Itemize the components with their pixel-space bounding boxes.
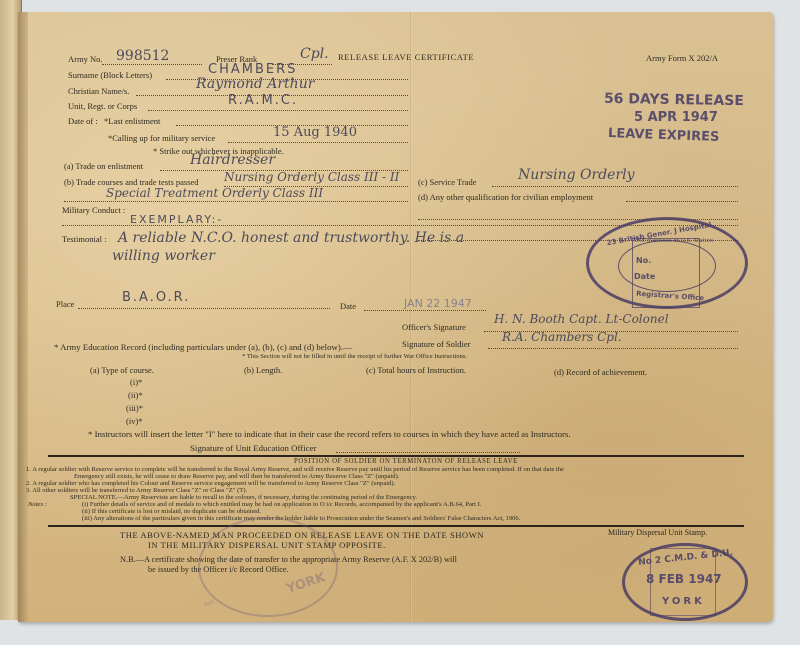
date-label: Date bbox=[340, 301, 356, 311]
mdu-stamp-bottom: YORK bbox=[662, 596, 705, 607]
date-stamp: JAN 22 1947 bbox=[404, 297, 472, 310]
service-trade-line bbox=[492, 186, 738, 187]
education-officer-signature-label: Signature of Unit Education Officer bbox=[190, 443, 316, 453]
date-line bbox=[364, 310, 486, 311]
education-row-iv: (iv)* bbox=[126, 416, 143, 426]
christian-names-label: Christian Name/s. bbox=[68, 86, 129, 96]
surname-value: CHAMBERS bbox=[208, 62, 297, 77]
surname-label: Surname (Block Letters) bbox=[68, 70, 152, 80]
military-conduct-label: Military Conduct : bbox=[62, 205, 125, 215]
testimonial-label: Testimonial : bbox=[62, 234, 107, 244]
testimonial-line-1: A reliable N.C.O. honest and trustworthy… bbox=[118, 230, 464, 246]
place-value: B.A.O.R. bbox=[122, 290, 190, 305]
note-ii: (ii) If this certificate is lost or misl… bbox=[82, 508, 261, 515]
other-qualification-line bbox=[626, 201, 738, 202]
education-col-type: (a) Type of course. bbox=[90, 365, 154, 375]
trade-courses-line-2 bbox=[64, 201, 408, 202]
note-iii: (iii) Any alterations of the particulars… bbox=[82, 515, 520, 522]
service-trade-label: (c) Service Trade bbox=[418, 177, 477, 187]
education-row-i: (i)* bbox=[130, 377, 142, 387]
position-item-1-cont: Emergency still exists, he will cease to… bbox=[74, 473, 399, 480]
position-heading: POSITION OF SOLDIER ON TERMINATON OF REL… bbox=[294, 458, 518, 465]
instructors-note: * Instructors will insert the letter "I"… bbox=[88, 429, 571, 439]
officer-signature-value: H. N. Booth Capt. Lt-Colonel bbox=[494, 312, 669, 326]
military-conduct-value: EXEMPLARY:- bbox=[130, 213, 223, 226]
section-divider-2 bbox=[48, 525, 744, 527]
place-line bbox=[78, 308, 330, 309]
unit-value: R.A.M.C. bbox=[228, 93, 298, 108]
document-title: RELEASE LEAVE CERTIFICATE bbox=[338, 52, 474, 62]
unit-line bbox=[148, 110, 408, 111]
release-stamp-line-2: 5 APR 1947 bbox=[634, 110, 718, 125]
trade-enlistment-label: (a) Trade on enlistment bbox=[64, 161, 143, 171]
registrar-date-label: Date bbox=[634, 272, 655, 281]
special-note: SPECIAL NOTE.—Army Reservists are liable… bbox=[70, 494, 417, 501]
army-no-line bbox=[102, 64, 202, 65]
calling-up-value: 15 Aug 1940 bbox=[273, 125, 357, 140]
position-item-1: 1. A regular soldier with Reserve servic… bbox=[26, 466, 564, 473]
faint-york-stamp bbox=[198, 517, 338, 617]
soldier-signature-line bbox=[488, 348, 738, 349]
education-col-length: (b) Length. bbox=[244, 365, 282, 375]
registrar-no-label: No. bbox=[636, 256, 651, 265]
release-leave-certificate: RELEASE LEAVE CERTIFICATE Army Form X 20… bbox=[18, 12, 773, 622]
calling-up-line bbox=[228, 142, 408, 143]
faint-ref-text: Ref. bbox=[203, 598, 216, 608]
unit-label: Unit, Regt. or Corps bbox=[68, 101, 137, 111]
note-i: (i) Further details of service and of me… bbox=[82, 501, 481, 508]
service-trade-value: Nursing Orderly bbox=[518, 167, 635, 183]
position-item-3: 3. All other soldiers will be transferre… bbox=[26, 487, 247, 494]
position-item-2: 2. A regular soldier who has completed h… bbox=[26, 480, 395, 487]
soldier-signature-label: Signature of Soldier bbox=[402, 339, 470, 349]
education-row-iii: (iii)* bbox=[126, 403, 143, 413]
trade-enlistment-value: Hairdresser bbox=[190, 152, 275, 168]
education-col-achievement: (d) Record of achievement. bbox=[554, 367, 647, 377]
other-qualification-label: (d) Any other qualification for civilian… bbox=[418, 192, 593, 202]
officer-signature-label: Officer's Signature bbox=[402, 322, 466, 332]
education-col-hours: (c) Total hours of Instruction. bbox=[366, 365, 466, 375]
rank-value: Cpl. bbox=[300, 46, 329, 62]
registrar-stamp-sub: Unit overseas or U.K. Station bbox=[634, 238, 713, 244]
release-stamp-line-1: 56 DAYS RELEASE bbox=[604, 91, 744, 109]
calling-up-label: *Calling up for military service bbox=[108, 133, 215, 143]
education-row-ii: (ii)* bbox=[128, 390, 143, 400]
date-of-label: Date of : bbox=[68, 116, 98, 126]
notes-label: Notes : bbox=[28, 501, 47, 508]
trade-courses-value-2: Special Treatment Orderly Class III bbox=[106, 186, 323, 200]
testimonial-line-2: willing worker bbox=[112, 248, 215, 264]
education-officer-signature-line bbox=[336, 452, 520, 453]
soldier-signature-value: R.A. Chambers Cpl. bbox=[502, 330, 622, 344]
form-number: Army Form X 202/A bbox=[646, 53, 718, 63]
booklet-spine bbox=[18, 12, 28, 622]
section-divider-1 bbox=[48, 455, 744, 457]
education-subnote: * This Section will not be filled in unt… bbox=[242, 353, 467, 360]
mdu-stamp-label: Military Dispersal Unit Stamp. bbox=[608, 528, 707, 537]
mdu-stamp-date: 8 FEB 1947 bbox=[646, 572, 722, 586]
trade-courses-value-1: Nursing Orderly Class III - II bbox=[224, 170, 399, 184]
last-enlistment-label: *Last enlistment bbox=[104, 116, 160, 126]
army-no-value: 998512 bbox=[116, 48, 169, 64]
place-label: Place bbox=[56, 299, 74, 309]
release-stamp-line-3: LEAVE EXPIRES bbox=[608, 126, 720, 145]
education-heading: * Army Education Record (including parti… bbox=[54, 342, 352, 352]
army-no-label: Army No. bbox=[68, 54, 102, 64]
christian-names-value: Raymond Arthur bbox=[196, 76, 314, 92]
